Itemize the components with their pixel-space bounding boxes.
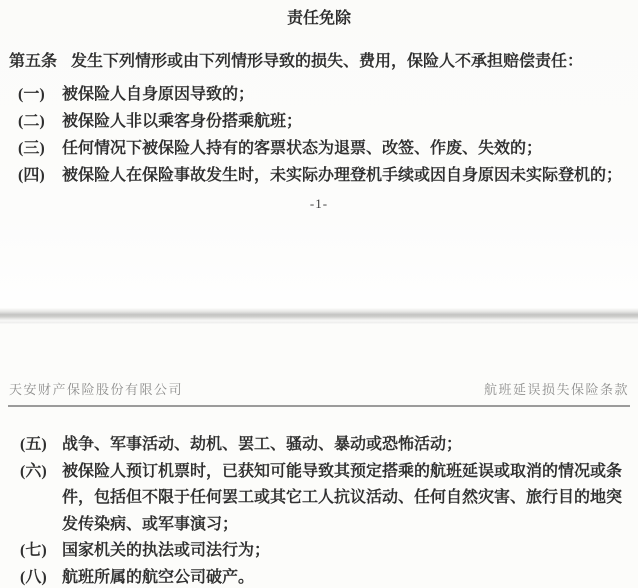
item-text: 战争、军事活动、劫机、罢工、骚动、暴动或恐怖活动；: [62, 432, 624, 459]
exclusion-item-2: (二) 被保险人非以乘客身份搭乘航班；: [18, 108, 630, 135]
header-rule: [8, 405, 630, 407]
item-number: (三): [18, 135, 62, 162]
exclusion-item-6: (六) 被保险人预订机票时，已获知可能导致其预定搭乘的航班延误或取消的情况或条件…: [20, 459, 624, 539]
item-number: (八): [20, 565, 62, 588]
running-header: 天安财产保险股份有限公司 航班延误损失保险条款: [9, 381, 629, 399]
page-separator: [0, 308, 638, 324]
exclusion-list-page1: (一) 被保险人自身原因导致的； (二) 被保险人非以乘客身份搭乘航班； (三)…: [18, 81, 630, 189]
item-text: 航班所属的航空公司破产。: [62, 565, 624, 588]
exclusion-item-3: (三) 任何情况下被保险人持有的客票状态为退票、改签、作废、失效的；: [18, 135, 630, 162]
exclusion-list-page2: (五) 战争、军事活动、劫机、罢工、骚动、暴动或恐怖活动； (六) 被保险人预订…: [20, 432, 624, 588]
header-company-name: 天安财产保险股份有限公司: [9, 381, 183, 399]
item-number: (二): [18, 108, 62, 135]
document-page-1: 责任免除 第五条发生下列情形或由下列情形导致的损失、费用，保险人不承担赔偿责任：…: [0, 0, 638, 308]
exclusion-item-1: (一) 被保险人自身原因导致的；: [18, 81, 630, 108]
item-text: 被保险人自身原因导致的；: [62, 81, 630, 108]
document-page-2: 天安财产保险股份有限公司 航班延误损失保险条款 (五) 战争、军事活动、劫机、罢…: [0, 324, 638, 588]
item-text: 被保险人在保险事故发生时，未实际办理登机手续或因自身原因未实际登机的；: [62, 162, 630, 189]
article-5-label: 第五条: [9, 48, 57, 75]
item-number: (五): [20, 432, 62, 459]
page-number: -1-: [0, 196, 638, 212]
item-text: 任何情况下被保险人持有的客票状态为退票、改签、作废、失效的；: [62, 135, 630, 162]
exclusion-item-5: (五) 战争、军事活动、劫机、罢工、骚动、暴动或恐怖活动；: [20, 432, 624, 459]
exclusion-item-4: (四) 被保险人在保险事故发生时，未实际办理登机手续或因自身原因未实际登机的；: [18, 162, 630, 189]
item-number: (七): [20, 538, 62, 565]
section-title: 责任免除: [0, 8, 638, 30]
item-text: 被保险人预订机票时，已获知可能导致其预定搭乘的航班延误或取消的情况或条件，包括但…: [62, 459, 624, 539]
exclusion-item-7: (七) 国家机关的执法或司法行为；: [20, 538, 624, 565]
item-number: (六): [20, 459, 62, 539]
exclusion-item-8: (八) 航班所属的航空公司破产。: [20, 565, 624, 588]
document-viewer: 责任免除 第五条发生下列情形或由下列情形导致的损失、费用，保险人不承担赔偿责任：…: [0, 0, 638, 588]
header-clause-title: 航班延误损失保险条款: [484, 381, 629, 399]
item-text: 国家机关的执法或司法行为；: [62, 538, 624, 565]
article-5-clause: 第五条发生下列情形或由下列情形导致的损失、费用，保险人不承担赔偿责任：: [9, 48, 632, 75]
article-5-text: 发生下列情形或由下列情形导致的损失、费用，保险人不承担赔偿责任：: [71, 53, 583, 70]
item-number: (一): [18, 81, 62, 108]
item-text: 被保险人非以乘客身份搭乘航班；: [62, 108, 630, 135]
item-number: (四): [18, 162, 62, 189]
